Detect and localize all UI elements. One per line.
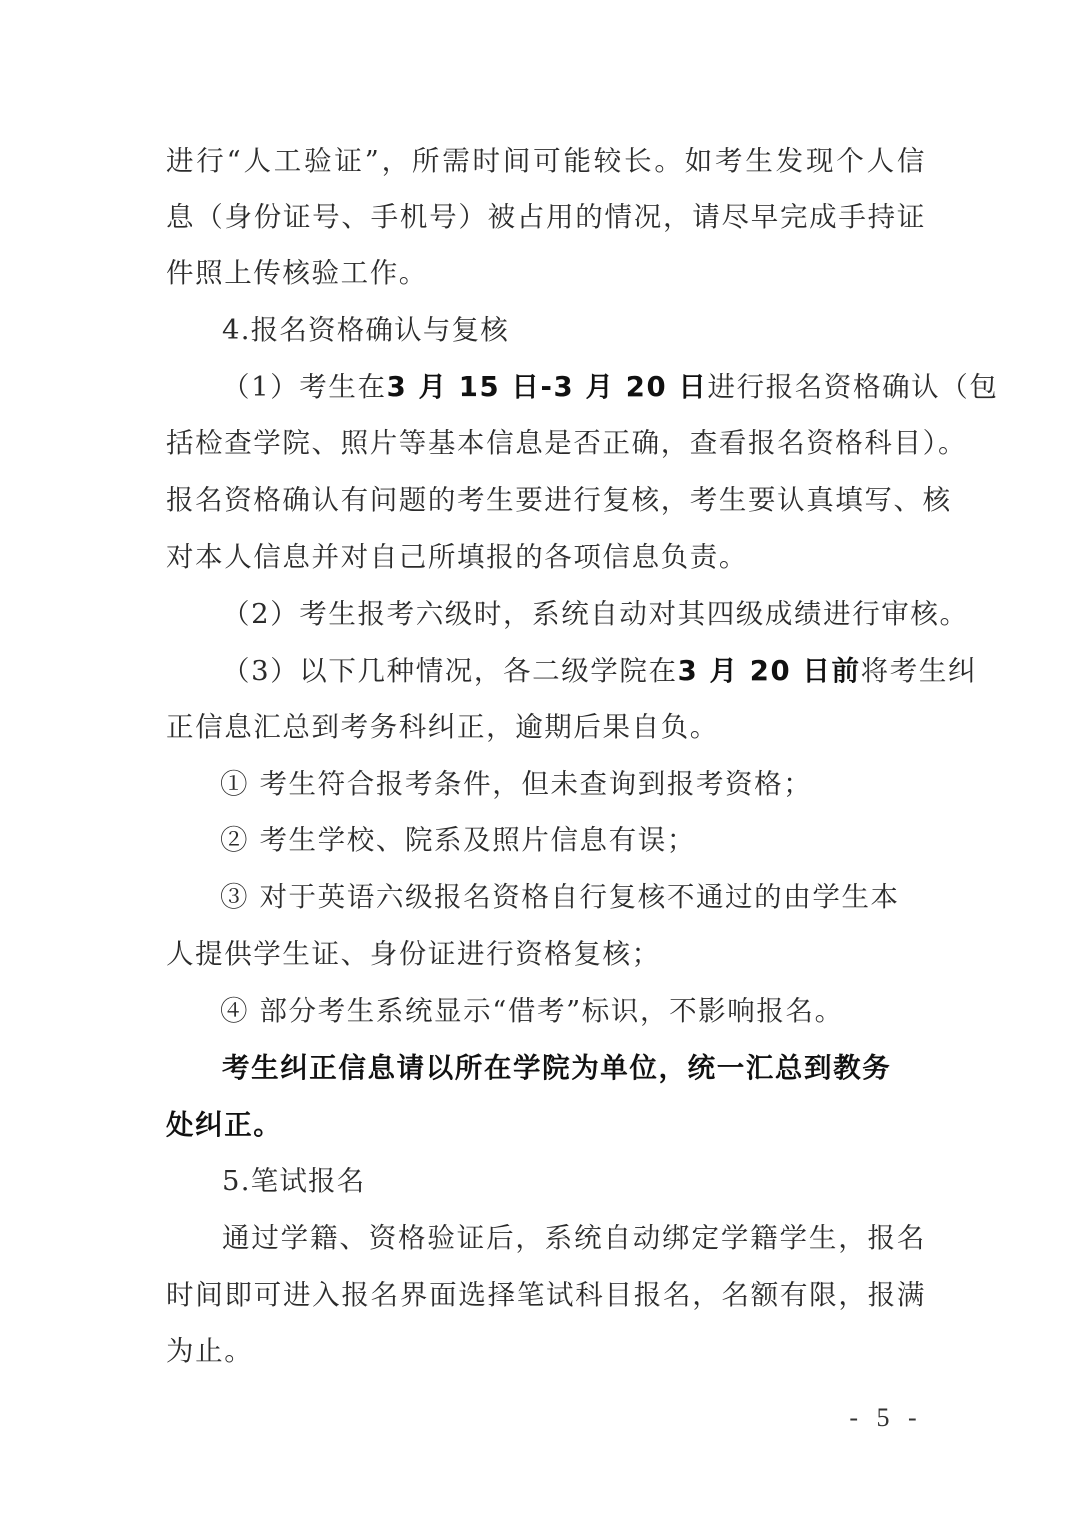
paragraph-line: 息（身份证号、手机号）被占用的情况，请尽早完成手持证 <box>166 197 926 237</box>
item-1-dates: 3 月 15 日-3 月 20 日 <box>387 371 708 403</box>
case-marker: ④ <box>220 995 249 1027</box>
case-marker: ③ <box>220 881 249 913</box>
item-1-prefix: （1）考生在 <box>222 371 387 403</box>
case-text: 考生学校、院系及照片信息有误； <box>259 824 696 856</box>
page-number: - 5 - <box>846 1400 926 1436</box>
case-item-1: ① 考生符合报考条件，但未查询到报考资格； <box>220 764 980 804</box>
paragraph-line: 件照上传核验工作。 <box>166 253 926 293</box>
paragraph-line: 为止。 <box>166 1331 926 1371</box>
bold-note-line: 考生纠正信息请以所在学院为单位，统一汇总到教务 <box>222 1048 882 1088</box>
paragraph-line: 正信息汇总到考务科纠正，逾期后果自负。 <box>166 707 926 747</box>
case-text: 对于英语六级报名资格自行复核不通过的由学生本 <box>259 881 899 913</box>
case-item-2: ② 考生学校、院系及照片信息有误； <box>220 820 980 860</box>
document-page: 进行“人工验证”，所需时间可能较长。如考生发现个人信 息（身份证号、手机号）被占… <box>0 0 1080 1528</box>
paragraph-line: 报名资格确认有问题的考生要进行复核，考生要认真填写、核 <box>166 480 926 520</box>
case-marker: ① <box>220 768 249 800</box>
case-item-3-continued: 人提供学生证、身份证进行资格复核； <box>166 934 926 974</box>
item-1-line: （1）考生在3 月 15 日-3 月 20 日进行报名资格确认（包 <box>222 367 926 407</box>
bold-note-line: 处纠正。 <box>166 1105 926 1145</box>
section-heading-4: 4.报名资格确认与复核 <box>222 310 926 350</box>
item-1-rest: 进行报名资格确认（包 <box>707 371 998 403</box>
case-item-3: ③ 对于英语六级报名资格自行复核不通过的由学生本 <box>220 877 980 917</box>
section-heading-5: 5.笔试报名 <box>222 1161 926 1201</box>
paragraph-line: 进行“人工验证”，所需时间可能较长。如考生发现个人信 <box>166 141 926 181</box>
item-3-rest: 将考生纠 <box>861 655 977 687</box>
item-3-deadline: 3 月 20 日前 <box>678 655 861 687</box>
item-2-line: （2）考生报考六级时，系统自动对其四级成绩进行审核。 <box>222 594 926 634</box>
paragraph-line: 括检查学院、照片等基本信息是否正确，查看报名资格科目）。 <box>166 423 926 463</box>
case-text: 考生符合报考条件，但未查询到报考资格； <box>259 768 812 800</box>
case-item-4: ④ 部分考生系统显示“借考”标识，不影响报名。 <box>220 991 980 1031</box>
item-3-prefix: （3）以下几种情况，各二级学院在 <box>222 655 678 687</box>
paragraph-line: 通过学籍、资格验证后，系统自动绑定学籍学生，报名 <box>222 1218 926 1258</box>
case-text: 部分考生系统显示“借考”标识，不影响报名。 <box>259 995 843 1027</box>
case-marker: ② <box>220 824 249 856</box>
paragraph-line: 时间即可进入报名界面选择笔试科目报名，名额有限，报满 <box>166 1275 926 1315</box>
item-3-line: （3）以下几种情况，各二级学院在3 月 20 日前将考生纠 <box>222 651 926 691</box>
paragraph-line: 对本人信息并对自己所填报的各项信息负责。 <box>166 537 926 577</box>
